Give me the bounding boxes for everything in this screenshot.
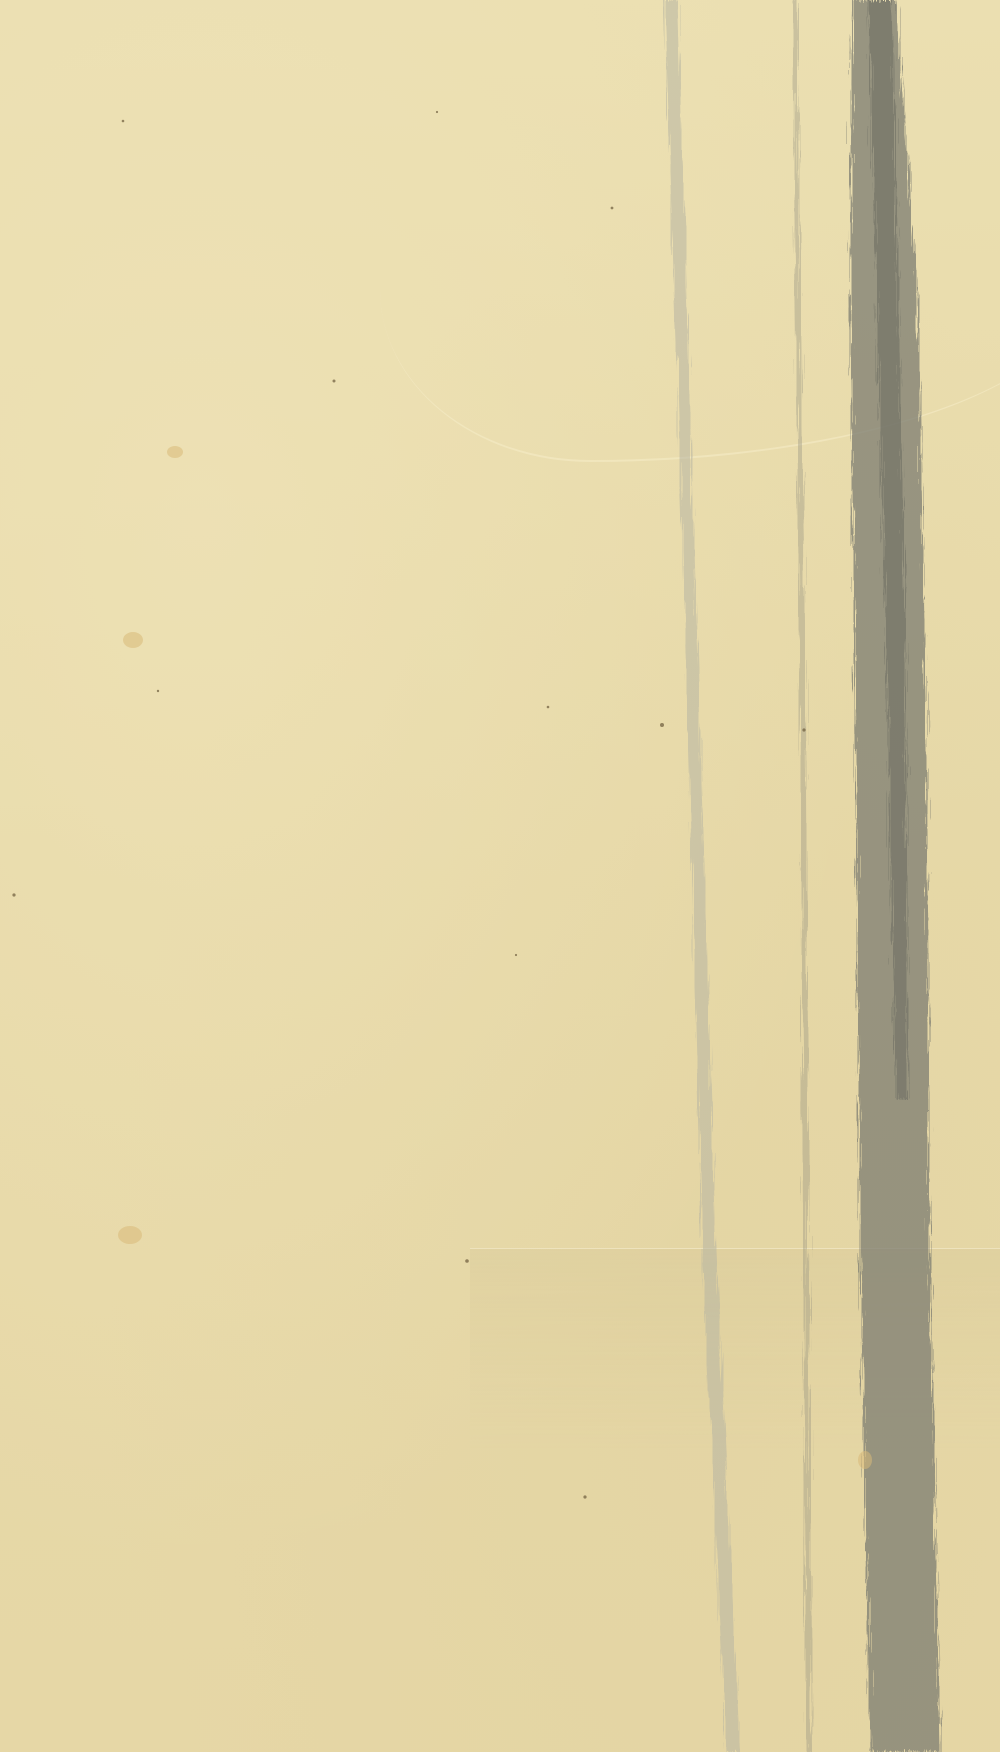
foxing-stains bbox=[118, 446, 872, 1469]
thin-ink-line bbox=[792, 0, 812, 1752]
ink-brush-strokes bbox=[0, 0, 1000, 1752]
light-brush-stroke bbox=[664, 0, 740, 1752]
aged-paper-background bbox=[0, 0, 1000, 1752]
